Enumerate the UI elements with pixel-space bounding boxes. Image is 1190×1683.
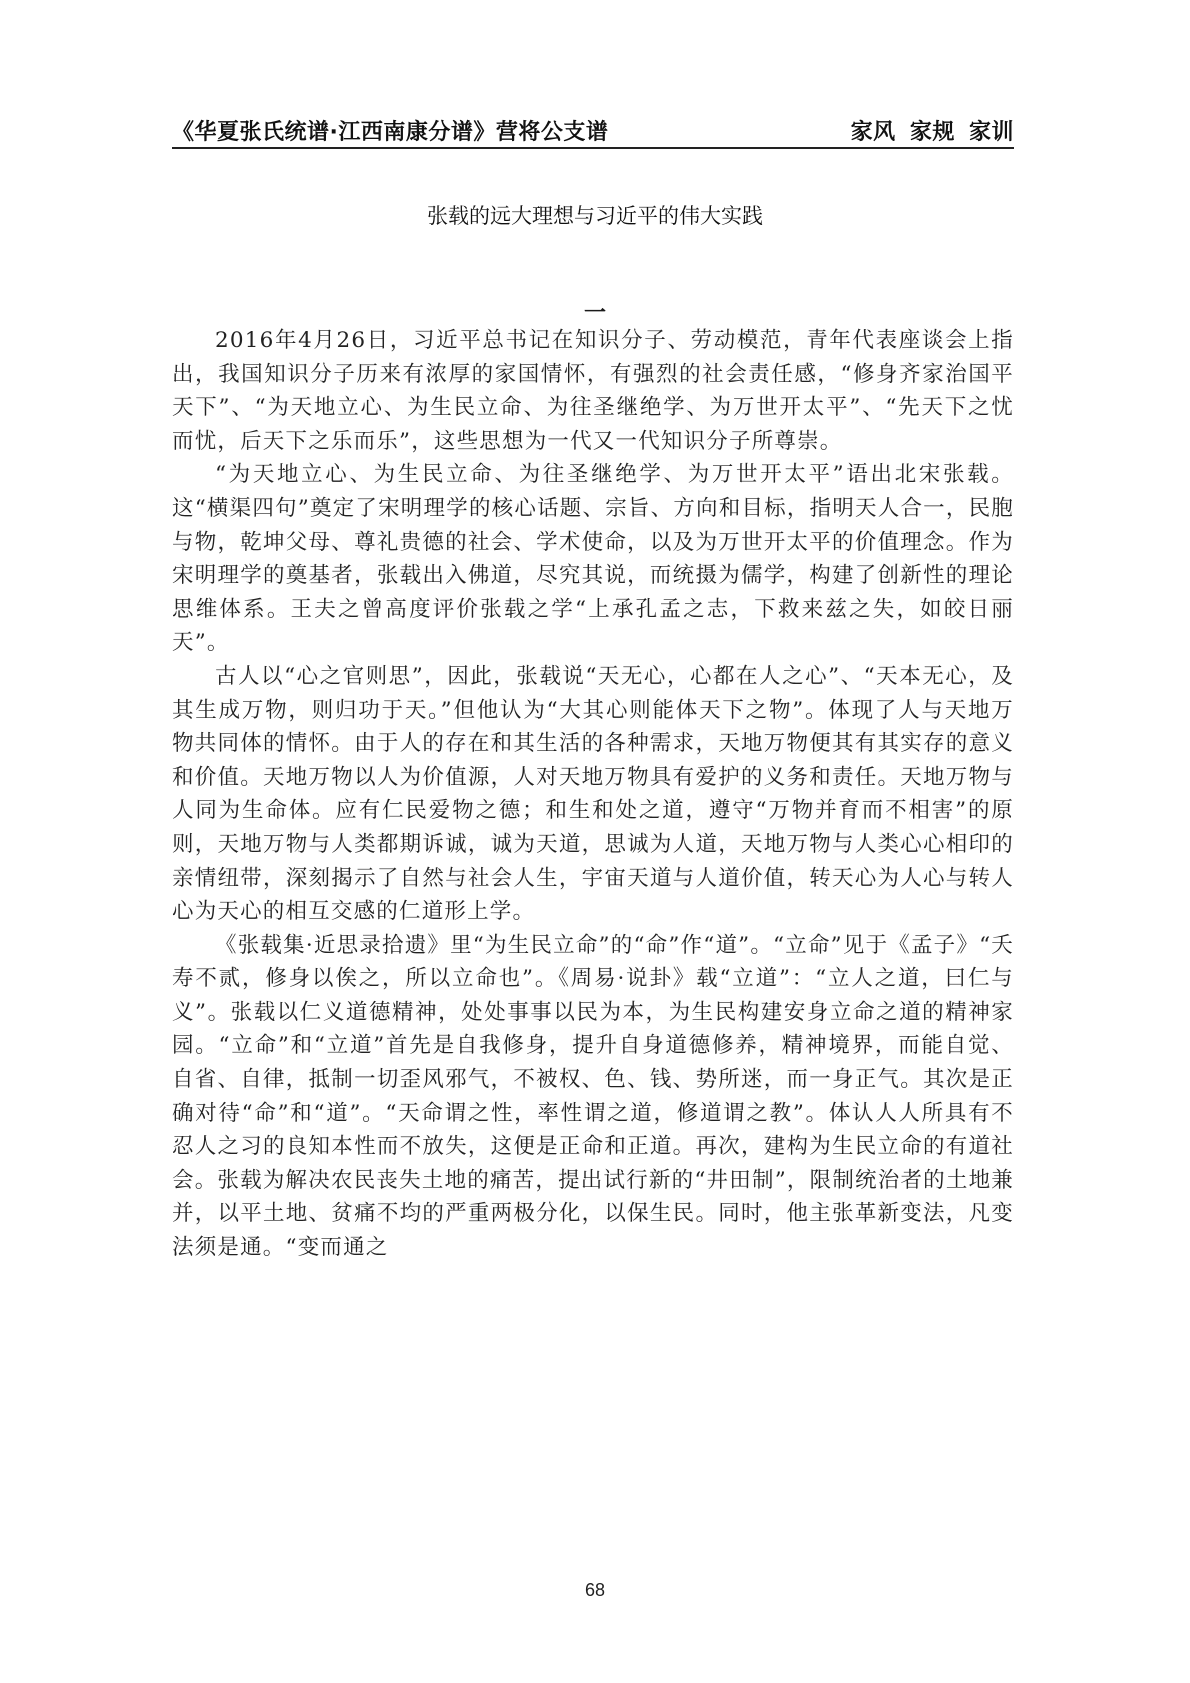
article-title: 张载的远大理想与习近平的伟大实践 (0, 200, 1190, 230)
chapter-title: 家风 家规 家训 (851, 115, 1014, 146)
paragraph-2: “为天地立心、为生民立命、为往圣继绝学、为万世开太平”语出北宋张载。这“横渠四句… (172, 458, 1014, 660)
article-body: 2016年4月26日，习近平总书记在知识分子、劳动模范，青年代表座谈会上指出，我… (172, 324, 1014, 1265)
paragraph-3: 古人以“心之官则思”，因此，张载说“天无心，心都在人之心”、“天本无心，及其生成… (172, 660, 1014, 929)
book-title: 《华夏张氏统谱·江西南康分谱》营将公支谱 (172, 115, 608, 146)
section-number: 一 (0, 296, 1190, 327)
paragraph-4: 《张载集·近思录拾遗》里“为生民立命”的“命”作“道”。“立命”见于《孟子》“夭… (172, 929, 1014, 1265)
header-divider (172, 147, 1014, 149)
running-header: 《华夏张氏统谱·江西南康分谱》营将公支谱 家风 家规 家训 (172, 114, 1014, 146)
page-number: 68 (0, 1580, 1190, 1601)
paragraph-1: 2016年4月26日，习近平总书记在知识分子、劳动模范，青年代表座谈会上指出，我… (172, 324, 1014, 458)
